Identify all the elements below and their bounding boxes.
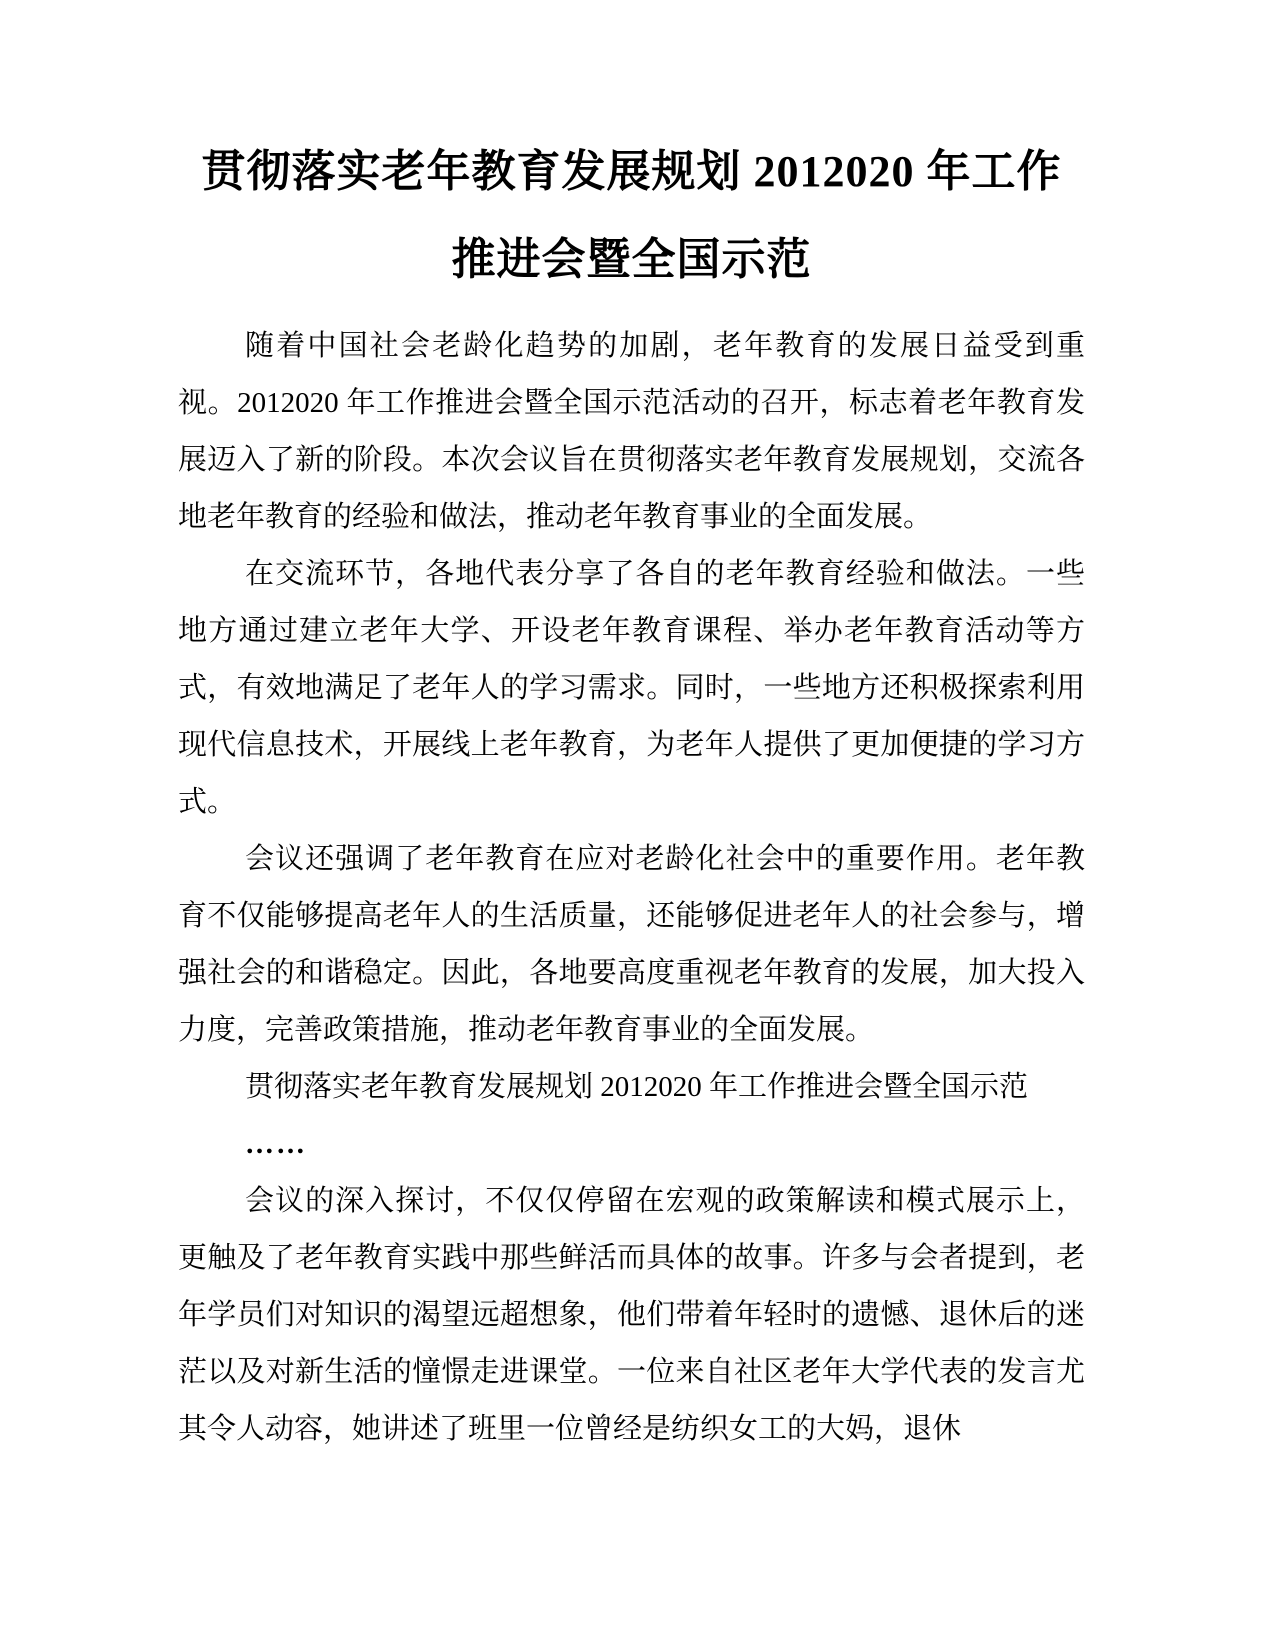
- document-page: 贯彻落实老年教育发展规划 2012020 年工作 推进会暨全国示范 随着中国社会…: [0, 0, 1275, 1650]
- paragraph-importance: 会议还强调了老年教育在应对老龄化社会中的重要作用。老年教育不仅能够提高老年人的生…: [178, 831, 1085, 1059]
- document-title-line-2: 推进会暨全国示范: [178, 216, 1085, 304]
- paragraph-intro: 随着中国社会老龄化趋势的加剧，老年教育的发展日益受到重视。2012020 年工作…: [178, 318, 1085, 546]
- document-title: 贯彻落实老年教育发展规划 2012020 年工作 推进会暨全国示范: [178, 128, 1085, 304]
- paragraph-stories: 会议的深入探讨，不仅仅停留在宏观的政策解读和模式展示上，更触及了老年教育实践中那…: [178, 1173, 1085, 1458]
- paragraph-ellipsis: ……: [178, 1116, 1085, 1173]
- paragraph-exchange-session: 在交流环节，各地代表分享了各自的老年教育经验和做法。一些地方通过建立老年大学、开…: [178, 546, 1085, 831]
- document-title-line-1: 贯彻落实老年教育发展规划 2012020 年工作: [178, 128, 1085, 216]
- paragraph-title-repeat: 贯彻落实老年教育发展规划 2012020 年工作推进会暨全国示范: [178, 1059, 1085, 1116]
